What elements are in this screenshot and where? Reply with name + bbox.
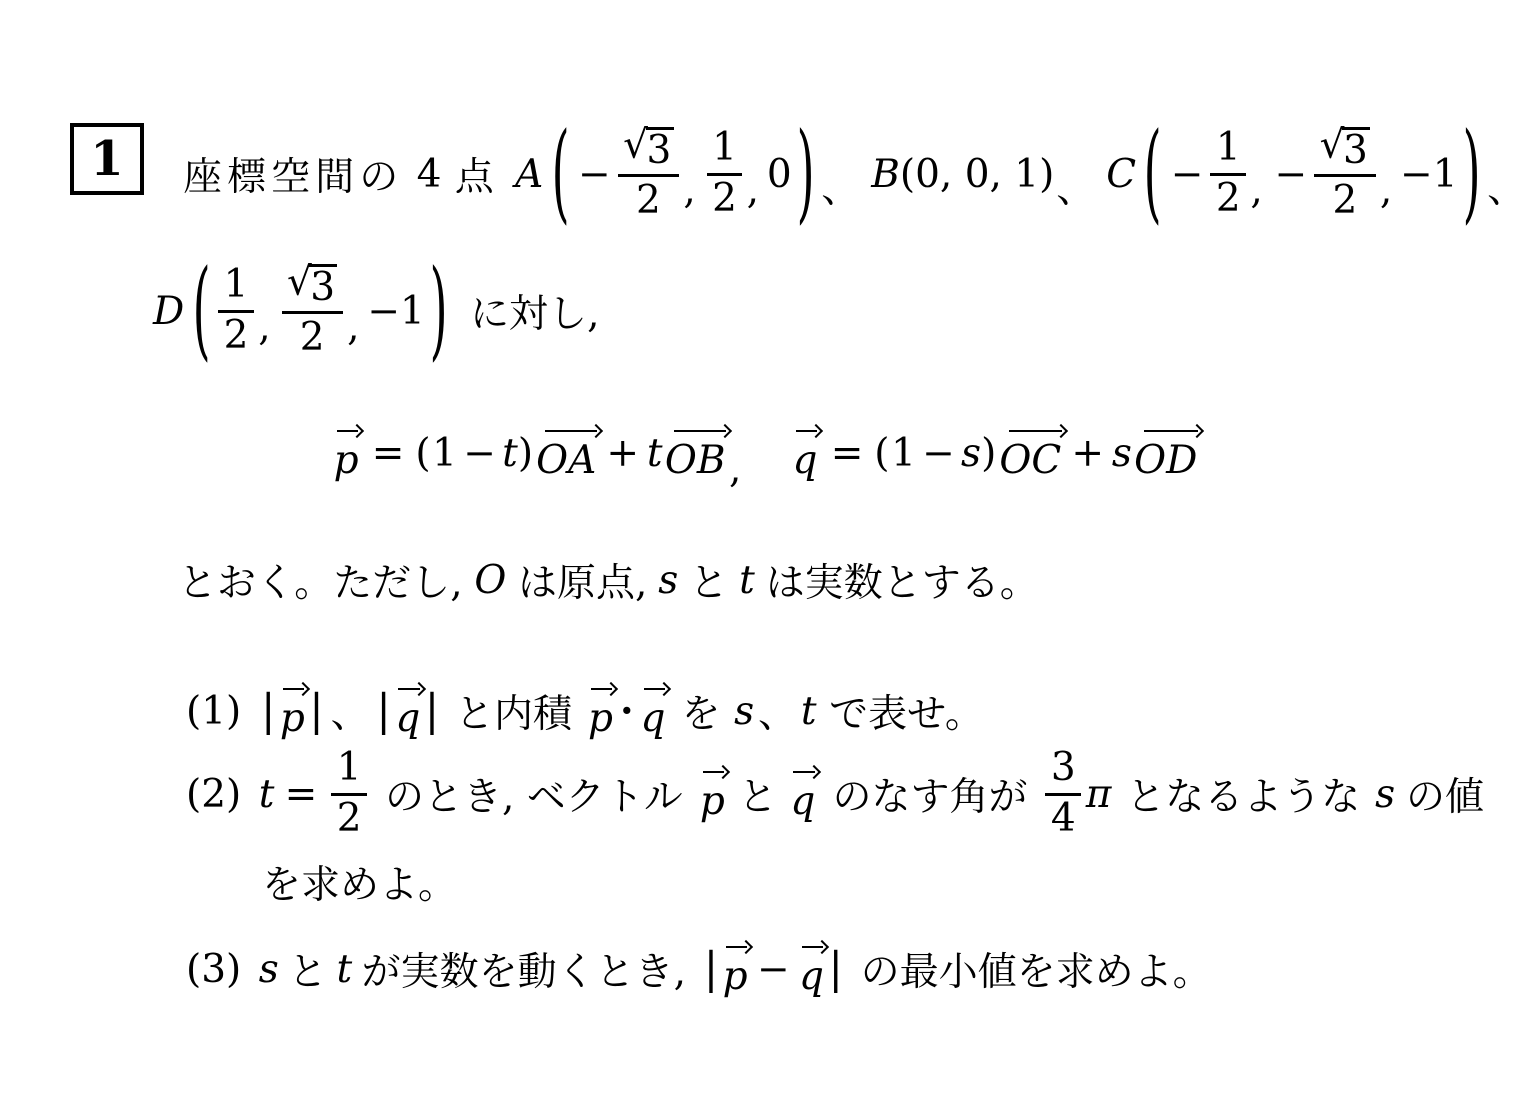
variable-t: t xyxy=(647,431,663,476)
abs-bar: | xyxy=(309,690,323,733)
open-paren: ( xyxy=(874,431,889,476)
fraction-denominator: 2 xyxy=(618,174,679,222)
intro-line-1: 座標空間の 4 点 A ( − √ 3 2 , 1 2 , 0 ) 、 B (0… xyxy=(183,106,1531,242)
minus-sign: − xyxy=(922,431,955,476)
radicand: 3 xyxy=(309,264,337,307)
fraction-1-over-2: 1 2 xyxy=(331,748,367,841)
vector-arrow-icon xyxy=(1009,425,1066,436)
variable-t: t xyxy=(801,689,817,734)
fraction-numerator: 1 xyxy=(1210,128,1246,173)
math-comma: , xyxy=(258,305,270,350)
abs-bar: | xyxy=(828,948,842,991)
item-1: (1) | p | 、 | q | と内積 p · q を s 、 t で表せ。 xyxy=(186,682,984,740)
close-paren: ) xyxy=(981,431,996,476)
vector-oa: OA xyxy=(534,423,599,482)
point-d-label: D xyxy=(153,289,184,334)
vector-arrow-icon xyxy=(703,766,728,777)
close-paren: ) xyxy=(1462,120,1480,227)
minus-sign: − xyxy=(578,152,611,197)
vector-arrow-icon xyxy=(796,425,821,436)
item-3-text-to: と xyxy=(288,941,327,997)
fraction-denominator: 2 xyxy=(1210,173,1246,221)
math-comma: , xyxy=(747,168,759,213)
vector-p-letter: p xyxy=(700,779,725,824)
exam-problem-page: 1 座標空間の 4 点 A ( − √ 3 2 , 1 2 , 0 ) 、 B … xyxy=(0,0,1531,1116)
equals-sign: = xyxy=(285,772,318,817)
open-paren: ( xyxy=(1144,120,1162,227)
vector-p: p xyxy=(586,681,616,740)
intro-text-points: 点 xyxy=(455,146,494,202)
fraction-1-over-2: 1 2 xyxy=(1210,128,1246,221)
equals-sign: = xyxy=(831,431,864,476)
close-paren: ) xyxy=(797,120,815,227)
item-1-text-naiseki: と内積 xyxy=(455,683,572,739)
coordinate-z: 0 xyxy=(767,152,792,197)
condition-text: は原点, xyxy=(518,552,647,608)
minus-sign: − xyxy=(757,947,790,992)
point-a-label: A xyxy=(515,152,543,197)
abs-bar: | xyxy=(425,690,439,733)
ideographic-comma: 、 xyxy=(758,683,797,739)
vector-od-letters: OD xyxy=(1134,438,1197,483)
vector-arrow-icon xyxy=(1144,425,1202,436)
variable-t: t xyxy=(502,431,518,476)
radical-symbol: √ xyxy=(287,262,312,301)
condition-text: は実数とする。 xyxy=(766,552,1039,608)
point-c-label: C xyxy=(1106,152,1136,197)
vector-oa-letters: OA xyxy=(536,438,596,483)
fraction-1-over-2: 1 2 xyxy=(218,265,254,358)
vector-q: q xyxy=(788,764,818,823)
vector-q: q xyxy=(393,681,423,740)
fraction-denominator: 2 xyxy=(331,793,367,841)
problem-number-box: 1 xyxy=(70,123,144,195)
vector-arrow-icon xyxy=(644,683,669,694)
fraction-denominator: 2 xyxy=(1314,174,1375,222)
origin-o: O xyxy=(474,558,506,603)
square-root: √ 3 xyxy=(623,127,673,170)
ideographic-comma: 、 xyxy=(331,683,370,739)
abs-bar: | xyxy=(704,948,718,991)
item-3: (3) s と t が実数を動くとき, | p − q | の最小値を求めよ。 xyxy=(186,936,1212,1002)
vector-arrow-icon xyxy=(793,766,818,777)
item-2-text-motomeyo: を求めよ。 xyxy=(262,854,457,910)
variable-s: s xyxy=(1375,772,1395,817)
math-comma: , xyxy=(1380,168,1392,213)
vector-q: q xyxy=(797,939,827,998)
item-3-text-saisho: の最小値を求めよ。 xyxy=(861,941,1212,997)
display-formula: p = ( 1 − t ) OA + t OB , q = ( 1 − s ) … xyxy=(0,410,1531,496)
vector-p: p xyxy=(720,939,750,998)
abs-bar: | xyxy=(261,690,275,733)
intro-line-2: D ( 1 2 , √ 3 2 , −1 ) に対し, xyxy=(153,243,599,379)
item-2: (2) t = 1 2 のとき, ベクトル p と q のなす角が 3 4 π … xyxy=(186,738,1484,850)
vector-ob-letters: OB xyxy=(665,438,726,483)
radicand: 3 xyxy=(1342,127,1370,170)
variable-s: s xyxy=(658,558,678,603)
vector-arrow-icon xyxy=(398,683,423,694)
dot-product-dot: · xyxy=(620,688,634,734)
variable-s: s xyxy=(961,431,981,476)
minus-sign: − xyxy=(463,431,496,476)
vector-q-letter: q xyxy=(793,438,818,483)
item-2-text-to: と xyxy=(738,766,777,822)
fraction-numerator: 3 xyxy=(1045,748,1081,793)
item-1-text-wo: を xyxy=(681,683,720,739)
radical-symbol: √ xyxy=(1320,125,1345,164)
item-1-text-arawase: で表せ。 xyxy=(829,683,984,739)
variable-s: s xyxy=(734,689,754,734)
vector-p: p xyxy=(698,764,728,823)
open-paren: ( xyxy=(415,431,430,476)
square-root: √ 3 xyxy=(287,264,337,307)
vector-p-letter: p xyxy=(723,954,748,999)
vector-oc-letters: OC xyxy=(999,438,1061,483)
variable-t: t xyxy=(337,947,353,992)
vector-arrow-icon xyxy=(337,425,362,436)
condition-line: とおく。ただし, O は原点, s と t は実数とする。 xyxy=(178,551,1039,609)
plus-sign: + xyxy=(606,431,639,476)
number-one: 1 xyxy=(891,431,916,476)
fraction-numerator: √ 3 xyxy=(618,127,679,174)
vector-q-letter: q xyxy=(395,696,420,741)
vector-p-letter: p xyxy=(280,696,305,741)
point-b-coords: (0, 0, 1) xyxy=(900,152,1054,197)
close-paren: ) xyxy=(518,431,533,476)
item-2-text-noatai: の値 xyxy=(1406,766,1484,822)
equals-sign: = xyxy=(372,431,405,476)
vector-arrow-icon xyxy=(283,683,308,694)
intro-text: 座標空間の xyxy=(183,146,403,202)
variable-t: t xyxy=(739,558,755,603)
plus-sign: + xyxy=(1071,431,1104,476)
variable-s: s xyxy=(1112,431,1132,476)
condition-text: とおく。ただし, xyxy=(178,552,463,608)
close-paren: ) xyxy=(430,257,448,364)
vector-arrow-icon xyxy=(545,425,601,436)
point-count: 4 xyxy=(417,152,442,197)
item-3-marker: (3) xyxy=(186,947,241,992)
fraction-sqrt3-over-2: √ 3 2 xyxy=(1314,127,1375,222)
problem-number: 1 xyxy=(90,131,123,187)
vector-od: OD xyxy=(1132,423,1200,482)
minus-sign: − xyxy=(1171,152,1204,197)
intro-text-nitaishi: に対し, xyxy=(470,283,599,339)
fraction-numerator: √ 3 xyxy=(1314,127,1375,174)
fraction-denominator: 2 xyxy=(218,310,254,358)
fraction-1-over-2: 1 2 xyxy=(707,128,743,221)
open-paren: ( xyxy=(192,257,210,364)
fraction-sqrt3-over-2: √ 3 2 xyxy=(282,264,343,359)
ideographic-comma: 、 xyxy=(1487,158,1526,214)
fraction-denominator: 2 xyxy=(282,311,343,359)
item-3-text-ugoku: が実数を動くとき, xyxy=(362,941,686,997)
fraction-3-over-4: 3 4 xyxy=(1045,748,1081,841)
vector-q-letter: q xyxy=(799,954,824,999)
ideographic-comma: 、 xyxy=(821,158,860,214)
fraction-sqrt3-over-2: √ 3 2 xyxy=(618,127,679,222)
pi-symbol: π xyxy=(1086,772,1112,817)
abs-bar: | xyxy=(376,690,390,733)
square-root: √ 3 xyxy=(1320,127,1370,170)
item-2-marker: (2) xyxy=(186,772,241,817)
fraction-numerator: √ 3 xyxy=(282,264,343,311)
radicand: 3 xyxy=(646,127,674,170)
math-comma: , xyxy=(1250,168,1262,213)
fraction-denominator: 4 xyxy=(1045,793,1081,841)
vector-ob: OB xyxy=(663,423,728,482)
vector-arrow-icon xyxy=(802,941,827,952)
vector-p-letter: p xyxy=(588,696,613,741)
math-comma: , xyxy=(683,168,695,213)
coordinate-z: −1 xyxy=(367,289,425,334)
ideographic-comma: 、 xyxy=(1056,158,1095,214)
vector-q-letter: q xyxy=(641,696,666,741)
vector-arrow-icon xyxy=(674,425,730,436)
vector-q: q xyxy=(638,681,668,740)
vector-oc: OC xyxy=(997,423,1063,482)
vector-q: q xyxy=(790,423,820,482)
fraction-denominator: 2 xyxy=(707,173,743,221)
point-b-label: B xyxy=(871,152,900,197)
radical-symbol: √ xyxy=(623,125,648,164)
item-2-continuation: を求めよ。 xyxy=(262,856,457,908)
vector-q-letter: q xyxy=(790,779,815,824)
fraction-numerator: 1 xyxy=(707,128,743,173)
number-one: 1 xyxy=(432,431,457,476)
item-2-text-tonaru: となるような xyxy=(1126,766,1360,822)
vector-p: p xyxy=(278,681,308,740)
coordinate-z: −1 xyxy=(1400,152,1458,197)
open-paren: ( xyxy=(551,120,569,227)
vector-arrow-icon xyxy=(726,941,751,952)
item-2-text-nasukaku: のなす角が xyxy=(832,766,1027,822)
math-comma: , xyxy=(347,305,359,350)
vector-p-letter: p xyxy=(334,438,359,483)
fraction-numerator: 1 xyxy=(331,748,367,793)
vector-p: p xyxy=(331,423,361,482)
item-2-text-notoki: のとき, ベクトル xyxy=(385,766,683,822)
condition-text: と xyxy=(689,552,728,608)
minus-sign: − xyxy=(1275,152,1308,197)
variable-t: t xyxy=(259,772,275,817)
item-1-marker: (1) xyxy=(186,689,241,734)
math-comma: , xyxy=(729,447,741,492)
fraction-numerator: 1 xyxy=(218,265,254,310)
vector-arrow-icon xyxy=(591,683,616,694)
variable-s: s xyxy=(259,947,279,992)
